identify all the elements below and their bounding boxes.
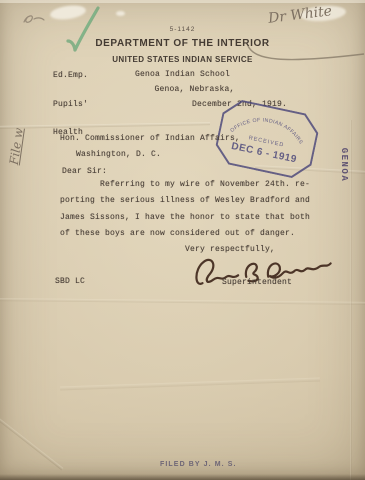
form-number: 5-1142	[0, 26, 365, 33]
recipient-line-1: Hon. Commissioner of Indian Affairs,	[60, 134, 240, 143]
paper-crease	[0, 122, 210, 129]
scanned-letter-page: Dr White File w 5-1142 DEPARTMENT OF THE…	[0, 0, 365, 480]
letter-body: Referring to my wire of November 24th. r…	[60, 180, 310, 246]
signature-scrawl	[191, 248, 335, 295]
body-line: of these boys are now considered out of …	[60, 229, 310, 245]
paper-top-edge	[0, 0, 365, 3]
paper-tear-spot	[116, 11, 125, 16]
genoa-stamp: GENOA	[339, 143, 349, 187]
handwritten-note-dr-white: Dr White	[267, 3, 333, 27]
handwritten-note-file: File w	[7, 104, 29, 165]
stamp-date-text: DEC 6 - 1919	[230, 141, 297, 166]
salutation: Dear Sir:	[62, 167, 107, 176]
margin-note-line: Pupils'	[53, 100, 88, 110]
filed-by-stamp: FILED BY J. M. S.	[160, 461, 237, 468]
letterhead-department: DEPARTMENT OF THE INTERIOR	[0, 38, 365, 49]
paper-crease	[0, 298, 365, 305]
paper-crease	[0, 413, 63, 471]
paper-crease	[350, 120, 352, 480]
paper-bottom-edge	[0, 474, 365, 480]
body-line: Referring to my wire of November 24th. r…	[60, 180, 310, 196]
body-line: porting the serious illness of Wesley Br…	[60, 196, 310, 212]
recipient-line-2: Washington, D. C.	[76, 150, 161, 159]
body-line: James Sissons, I have the honor to state…	[60, 213, 310, 229]
paper-crease	[60, 377, 320, 390]
margin-note-line: Ed.Emp.	[53, 71, 88, 81]
signer-title: Superintendent	[222, 278, 292, 287]
stenographer-initials: SBD LC	[55, 277, 85, 286]
